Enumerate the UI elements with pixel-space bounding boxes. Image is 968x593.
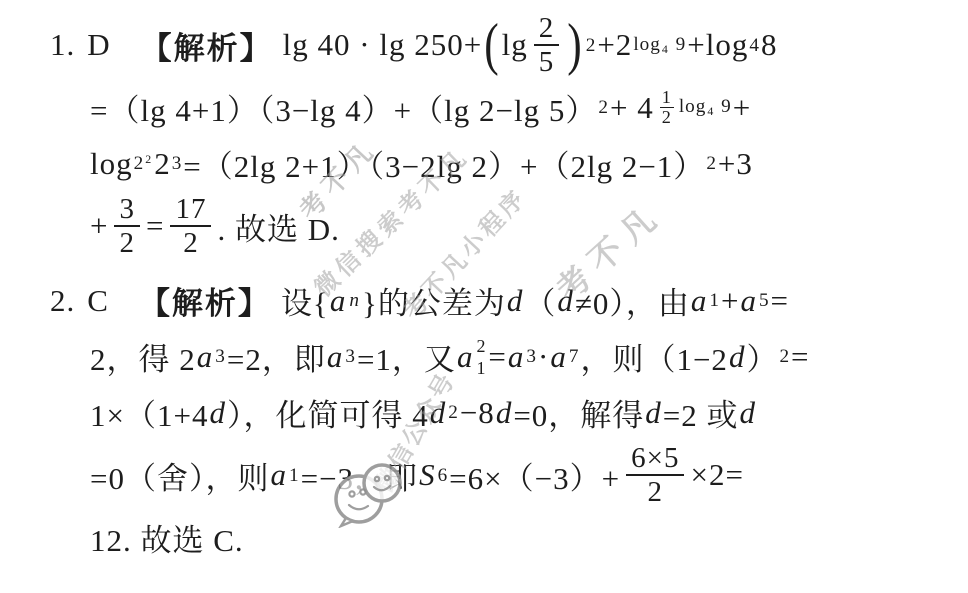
math-text: 3 xyxy=(215,346,226,367)
math-text: ），化简可得 4 xyxy=(227,390,429,435)
analysis-tag: 【解析】 xyxy=(141,23,273,68)
math-variable: a xyxy=(327,339,344,375)
subscript: 3 xyxy=(345,347,356,366)
math-text: = xyxy=(771,283,789,319)
subscript: 6 xyxy=(438,466,449,485)
math-variable: a xyxy=(508,339,525,375)
math-variable: d xyxy=(430,395,447,431)
math-text: +3 xyxy=(718,146,753,182)
fraction-denominator: 2 xyxy=(178,227,204,259)
math-text: 7 xyxy=(569,346,580,367)
solution-list: 1.D【解析】lg 40 · lg 250+(lg 25)2+2log4 9+l… xyxy=(50,10,962,579)
subscript: 4 xyxy=(707,104,714,118)
math-text: 2 xyxy=(145,152,152,166)
fraction: 25 xyxy=(534,12,560,79)
answer-sheet-page: { "page": { "background": "#ffffff", "te… xyxy=(0,0,968,593)
superscript: 2 xyxy=(598,98,609,117)
fraction-denominator: 2 xyxy=(114,227,140,259)
math-text: 4 xyxy=(707,104,714,118)
math-text: . 故选 D. xyxy=(217,204,339,249)
math-text: ×2= xyxy=(690,457,743,493)
math-text: 8 xyxy=(761,27,778,63)
fraction-denominator: 2 xyxy=(643,476,669,508)
fraction: 32 xyxy=(114,193,140,260)
superscript: 12log4 9 xyxy=(655,88,732,127)
superscript: 2 xyxy=(779,347,790,366)
math-text: 2 xyxy=(448,402,459,423)
subscript: 1 xyxy=(709,291,720,310)
fraction-denominator: 2 xyxy=(657,108,677,127)
math-variable: a xyxy=(691,283,708,319)
math-text: =1，又 xyxy=(357,334,456,379)
math-text: 2 xyxy=(154,146,171,182)
subscript: 3 xyxy=(215,347,226,366)
math-text: lg 40 · lg 250+ xyxy=(283,27,483,63)
math-text: =−3，即 xyxy=(301,453,418,498)
math-text: 3 xyxy=(345,346,356,367)
math-text: · xyxy=(538,339,549,375)
subscript: 22 xyxy=(134,154,154,173)
math-text: + 4 xyxy=(610,90,654,126)
fraction: 6×52 xyxy=(626,442,684,509)
math-text: +log xyxy=(687,27,748,63)
math-text: }的公差为 xyxy=(362,278,506,323)
superscript: 2 xyxy=(586,36,597,55)
math-text: 9 xyxy=(715,96,731,117)
fraction-numerator: 1 xyxy=(660,88,674,108)
math-text: =（lg 4+1）（3−lg 4）+（lg 2−lg 5） xyxy=(90,85,597,130)
math-text: = xyxy=(146,208,164,244)
math-text: =0（舍），则 xyxy=(90,453,269,498)
math-text: =（2lg 2+1）（3−2lg 2）+（2lg 2−1） xyxy=(183,141,705,186)
math-text: 4 xyxy=(662,42,669,56)
math-text: 9 xyxy=(670,34,686,55)
math-text: + xyxy=(733,90,751,126)
fraction-numerator: 2 xyxy=(534,12,560,46)
superscript: 2 xyxy=(476,337,486,355)
superscript: log4 9 xyxy=(633,35,686,56)
answer-letter: C xyxy=(87,283,109,319)
math-variable: S xyxy=(419,457,436,493)
math-variable: a xyxy=(457,339,474,375)
fraction-denominator: 5 xyxy=(534,46,560,78)
math-text: 2 xyxy=(706,153,717,174)
math-text: 2 xyxy=(779,346,790,367)
math-text: 5 xyxy=(759,290,770,311)
subscript: 5 xyxy=(759,291,770,310)
math-variable: a xyxy=(270,457,287,493)
fraction: 12 xyxy=(657,88,677,127)
math-text: 2，得 2 xyxy=(90,334,196,379)
math-text: 1×（1+4 xyxy=(90,390,208,435)
superscript: 2 xyxy=(448,403,459,422)
subscript: 3 xyxy=(526,347,537,366)
solution-line: 2，得 2a3=2，即 a3=1，又 a21=a3 · a7，则（1−2d）2= xyxy=(50,330,962,384)
fraction: 172 xyxy=(170,193,211,260)
answer-letter: D xyxy=(87,27,110,63)
solution-line: log22 23 =（2lg 2+1）（3−2lg 2）+（2lg 2−1）2+… xyxy=(50,137,962,191)
math-text: 4 xyxy=(749,35,760,56)
math-text: 2 xyxy=(586,35,597,56)
subscript: 4 xyxy=(749,36,760,55)
subscript: 4 xyxy=(662,42,669,56)
analysis-tag: 【解析】 xyxy=(139,278,271,323)
math-text: log xyxy=(679,96,707,117)
problem-number: 2. xyxy=(50,283,75,319)
math-text: = xyxy=(488,339,506,375)
math-variable: d xyxy=(209,395,226,431)
math-variable: d xyxy=(557,283,574,319)
superscript: 2 xyxy=(145,152,152,166)
subscript: 1 xyxy=(476,359,486,377)
math-text: 设{ xyxy=(281,278,329,323)
math-text: =6×（−3）+ xyxy=(449,453,620,498)
math-variable: d xyxy=(645,395,662,431)
big-parenthesis: ( xyxy=(484,19,499,72)
math-variable: d xyxy=(729,339,746,375)
solution-line: 1×（1+4d），化简可得 4d2 −8d=0，解得 d=2 或 d xyxy=(50,386,962,440)
math-text: 1 xyxy=(709,290,720,311)
math-text: =2 或 xyxy=(663,390,739,435)
math-text: =0，解得 xyxy=(513,390,644,435)
math-text: ） xyxy=(746,334,778,379)
math-text: ≠0），由 xyxy=(575,278,690,323)
problem-number: 1. xyxy=(50,27,75,63)
math-text: 3 xyxy=(172,153,183,174)
math-variable: a xyxy=(197,339,214,375)
math-text: 2 xyxy=(134,153,145,174)
solution-line: 1.D【解析】lg 40 · lg 250+(lg 25)2+2log4 9+l… xyxy=(50,12,962,79)
subscript: n xyxy=(348,291,361,310)
math-text: =2，即 xyxy=(227,334,326,379)
subscript: 7 xyxy=(569,347,580,366)
math-variable: n xyxy=(349,290,360,311)
solution-line: 12. 故选 C. xyxy=(50,511,962,565)
math-text: ，则（1−2 xyxy=(580,334,727,379)
math-text: lg xyxy=(502,27,528,63)
solution-line: =0（舍），则 a1=−3，即 S6=6×（−3）+6×52×2= xyxy=(50,442,962,509)
solution-line: 2.C【解析】设{an}的公差为 d（d≠0），由 a1+a5= xyxy=(50,274,962,328)
solution-line: =（lg 4+1）（3−lg 4）+（lg 2−lg 5）2 + 412log4… xyxy=(50,81,962,135)
math-text: 3 xyxy=(526,346,537,367)
math-text: + xyxy=(90,208,108,244)
math-text: （ xyxy=(524,278,556,323)
math-text: 2 xyxy=(598,97,609,118)
superscript: 2 xyxy=(706,154,717,173)
fraction-numerator: 6×5 xyxy=(626,442,684,476)
math-text: 6 xyxy=(438,465,449,486)
problem-2-solution: 2.C【解析】设{an}的公差为 d（d≠0），由 a1+a5=2，得 2a3=… xyxy=(50,274,962,565)
sup-sub-stack: 21 xyxy=(476,337,486,377)
math-variable: a xyxy=(740,283,757,319)
math-text: 1 xyxy=(289,465,300,486)
superscript: 3 xyxy=(172,154,183,173)
big-parenthesis: ) xyxy=(567,19,582,72)
fraction-numerator: 17 xyxy=(170,193,211,227)
math-variable: d xyxy=(507,283,524,319)
fraction-numerator: 3 xyxy=(114,193,140,227)
math-text: + xyxy=(721,283,739,319)
problem-1-solution: 1.D【解析】lg 40 · lg 250+(lg 25)2+2log4 9+l… xyxy=(50,12,962,260)
math-variable: d xyxy=(496,395,513,431)
math-text: +2 xyxy=(597,27,632,63)
math-text: 12. 故选 C. xyxy=(90,515,244,560)
math-text: = xyxy=(791,339,809,375)
math-text: log xyxy=(90,146,133,182)
math-text: −8 xyxy=(460,395,495,431)
math-text: log xyxy=(633,34,661,55)
math-variable: a xyxy=(330,283,347,319)
math-variable: a xyxy=(550,339,567,375)
solution-line: +32=172. 故选 D. xyxy=(50,193,962,260)
math-variable: d xyxy=(740,395,757,431)
subscript: 1 xyxy=(289,466,300,485)
